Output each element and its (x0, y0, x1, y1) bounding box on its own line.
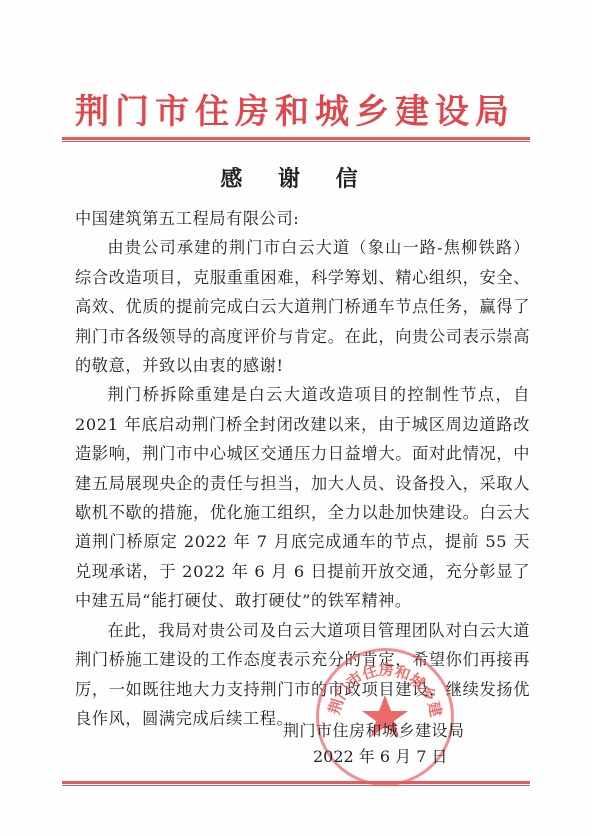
letter-page: 荆门市住房和城乡建设局 感 谢 信 中国建筑第五工程局有限公司: 由贵公司承建的… (0, 0, 592, 836)
signature-organization: 荆门市住房和城乡建设局 (283, 718, 483, 744)
paragraph-1: 由贵公司承建的荆门市白云大道（象山一路-焦柳铁路）综合改造项目，克服重重困难，科… (75, 233, 530, 380)
signature-date: 2022 年 6 月 7 日 (283, 744, 483, 770)
footer-divider (62, 781, 530, 786)
letterhead-divider (62, 137, 530, 142)
signature-block: 荆门市住房和城乡建设局 2022 年 6 月 7 日 (283, 718, 483, 770)
letterhead-organization: 荆门市住房和城乡建设局 (56, 92, 534, 132)
salutation: 中国建筑第五工程局有限公司: (75, 204, 530, 233)
letter-body: 中国建筑第五工程局有限公司: 由贵公司承建的荆门市白云大道（象山一路-焦柳铁路）… (75, 204, 530, 733)
paragraph-2: 荆门桥拆除重建是白云大道改造项目的控制性节点，自 2021 年底启动荆门桥全封闭… (75, 380, 530, 615)
document-title: 感 谢 信 (0, 162, 592, 193)
paragraph-3: 在此，我局对贵公司及白云大道项目管理团队对白云大道荆门桥施工建设的工作态度表示充… (75, 616, 530, 734)
